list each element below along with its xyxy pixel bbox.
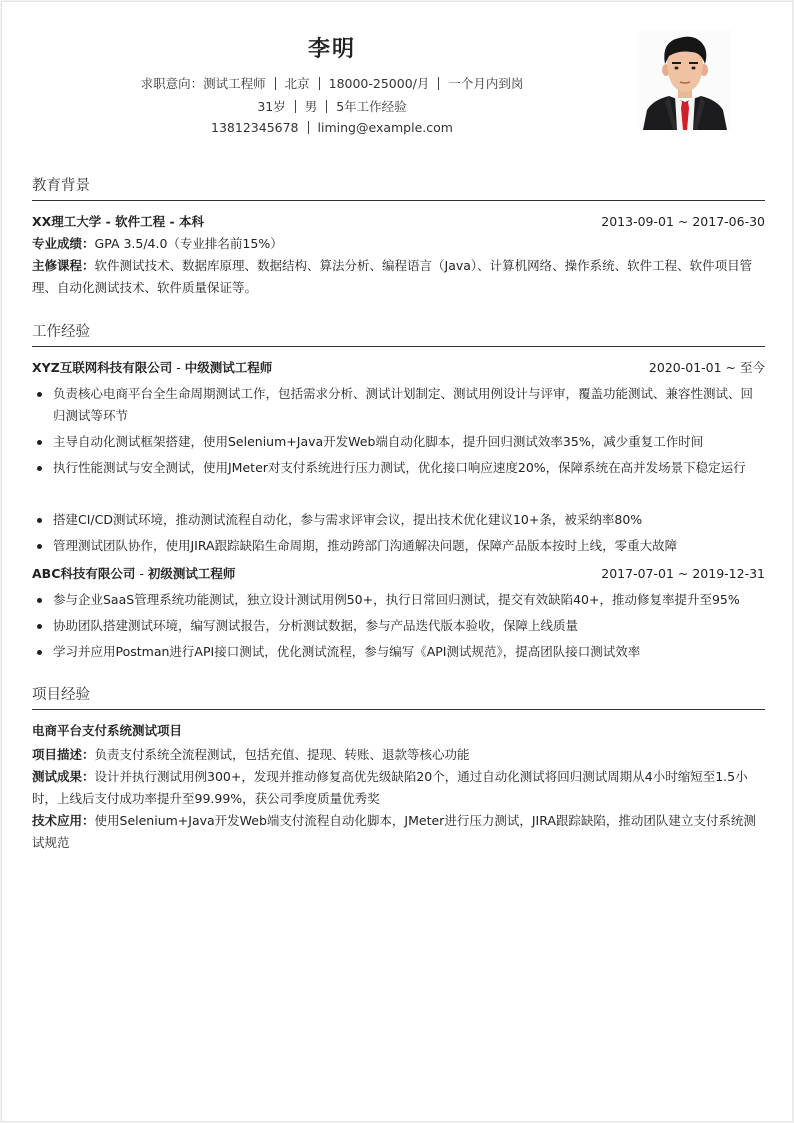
job-bullets: 负责核心电商平台全生命周期测试工作，包括需求分析、测试计划制定、测试用例设计与评… (32, 383, 765, 557)
job-dates: 2017-07-01 ~ 2019-12-31 (601, 563, 765, 585)
divider (326, 100, 327, 113)
courses-line: 主修课程：软件测试技术、数据库原理、数据结构、算法分析、编程语言（Java）、计… (32, 255, 765, 299)
education-dates: 2013-09-01 ~ 2017-06-30 (601, 211, 765, 233)
separator: - (135, 566, 147, 581)
project-desc-label: 项目描述： (32, 747, 95, 762)
job-dates: 2020-01-01 ~ 至今 (649, 357, 765, 379)
section-divider (32, 709, 765, 710)
section-title: 项目经验 (32, 684, 765, 706)
contact-line: 13812345678liming@example.com (2, 120, 662, 135)
company-role: XYZ互联网科技有限公司 - 中级测试工程师 (32, 357, 272, 379)
grade-label: 专业成绩： (32, 236, 95, 251)
education-section: 教育背景 XX理工大学 - 软件工程 - 本科 2013-09-01 ~ 201… (32, 175, 765, 299)
project-tech-line: 技术应用：使用Selenium+Java开发Web端支付流程自动化脚本，JMet… (32, 810, 765, 854)
project-result-label: 测试成果： (32, 769, 95, 784)
project-result-line: 测试成果：设计并执行测试用例300+，发现并推动修复高优先级缺陷20个，通过自动… (32, 766, 765, 810)
project-tech-value: 使用Selenium+Java开发Web端支付流程自动化脚本，JMeter进行压… (32, 813, 756, 850)
bullet-item: 学习并应用Postman进行API接口测试，优化测试流程，参与编写《API测试规… (32, 641, 765, 663)
job-intent-line: 求职意向：测试工程师北京18000-25000/月一个月内到岗 (2, 74, 662, 92)
divider (308, 121, 309, 134)
section-divider (32, 200, 765, 201)
job-entry-header: ABC科技有限公司 - 初级测试工程师 2017-07-01 ~ 2019-12… (32, 563, 765, 585)
project-tech-label: 技术应用： (32, 813, 95, 828)
grade-value: GPA 3.5/4.0（专业排名前15%） (95, 236, 283, 251)
bullet-item: 协助团队搭建测试环境，编写测试报告，分析测试数据，参与产品迭代版本验收，保障上线… (32, 615, 765, 637)
avatar-photo (639, 30, 731, 130)
location: 北京 (285, 76, 310, 91)
experience-years: 5年工作经验 (336, 99, 406, 114)
divider (319, 77, 320, 90)
availability: 一个月内到岗 (448, 76, 523, 91)
project-result-value: 设计并执行测试用例300+，发现并推动修复高优先级缺陷20个，通过自动化测试将回… (32, 769, 748, 806)
salary: 18000-25000/月 (329, 76, 430, 91)
company-name: ABC科技有限公司 (32, 566, 135, 581)
avatar-illustration-icon (639, 30, 731, 130)
job-role: 中级测试工程师 (185, 360, 273, 375)
section-title: 工作经验 (32, 321, 765, 343)
project-name: 电商平台支付系统测试项目 (32, 723, 182, 738)
candidate-name: 李明 (2, 32, 662, 63)
bullet-item: 搭建CI/CD测试环境，推动测试流程自动化，参与需求评审会议，提出技术优化建议1… (32, 509, 765, 531)
education-entry-header: XX理工大学 - 软件工程 - 本科 2013-09-01 ~ 2017-06-… (32, 211, 765, 233)
phone: 13812345678 (211, 120, 298, 135)
resume-header: 李明 求职意向：测试工程师北京18000-25000/月一个月内到岗 31岁男5… (2, 2, 794, 152)
section-divider (32, 346, 765, 347)
divider (295, 100, 296, 113)
school-degree: XX理工大学 - 软件工程 - 本科 (32, 211, 204, 233)
divider (275, 77, 276, 90)
company-role: ABC科技有限公司 - 初级测试工程师 (32, 563, 235, 585)
bullet-item: 参与企业SaaS管理系统功能测试，独立设计测试用例50+，执行日常回归测试，提交… (32, 589, 765, 611)
grade-line: 专业成绩：GPA 3.5/4.0（专业排名前15%） (32, 233, 765, 255)
email: liming@example.com (318, 120, 453, 135)
job-intent: 求职意向：测试工程师 (141, 76, 266, 91)
divider (438, 77, 439, 90)
job-role: 初级测试工程师 (148, 566, 236, 581)
personal-info-line: 31岁男5年工作经验 (2, 97, 662, 115)
separator: - (172, 360, 184, 375)
bullet-item: 主导自动化测试框架搭建，使用Selenium+Java开发Web端自动化脚本，提… (32, 431, 765, 453)
job-entry-header: XYZ互联网科技有限公司 - 中级测试工程师 2020-01-01 ~ 至今 (32, 357, 765, 379)
age: 31岁 (257, 99, 285, 114)
courses-label: 主修课程： (32, 258, 95, 273)
company-name: XYZ互联网科技有限公司 (32, 360, 172, 375)
bullet-item: 管理测试团队协作，使用JIRA跟踪缺陷生命周期，推动跨部门沟通解决问题，保障产品… (32, 535, 765, 557)
job-bullets: 参与企业SaaS管理系统功能测试，独立设计测试用例50+，执行日常回归测试，提交… (32, 589, 765, 663)
resume-page: 李明 求职意向：测试工程师北京18000-25000/月一个月内到岗 31岁男5… (1, 1, 793, 1122)
bullet-item: 执行性能测试与安全测试，使用JMeter对支付系统进行压力测试，优化接口响应速度… (32, 457, 765, 505)
gender: 男 (305, 99, 318, 114)
projects-section: 项目经验 电商平台支付系统测试项目 项目描述：负责支付系统全流程测试，包括充值、… (32, 684, 765, 854)
project-desc-value: 负责支付系统全流程测试，包括充值、提现、转账、退款等核心功能 (95, 747, 470, 762)
project-name-row: 电商平台支付系统测试项目 (32, 720, 765, 742)
bullet-item: 负责核心电商平台全生命周期测试工作，包括需求分析、测试计划制定、测试用例设计与评… (32, 383, 765, 427)
work-section: 工作经验 XYZ互联网科技有限公司 - 中级测试工程师 2020-01-01 ~… (32, 321, 765, 667)
courses-value: 软件测试技术、数据库原理、数据结构、算法分析、编程语言（Java）、计算机网络、… (32, 258, 752, 295)
project-desc-line: 项目描述：负责支付系统全流程测试，包括充值、提现、转账、退款等核心功能 (32, 744, 765, 766)
section-title: 教育背景 (32, 175, 765, 197)
